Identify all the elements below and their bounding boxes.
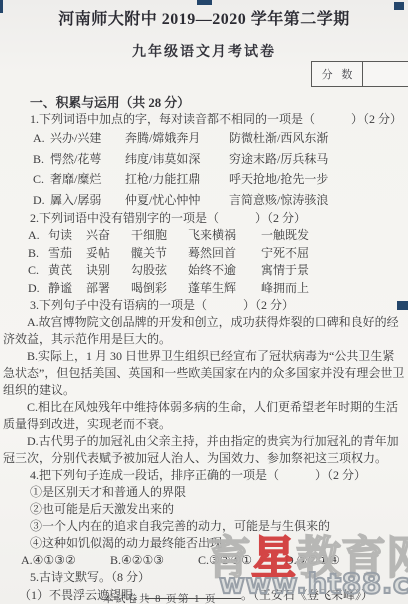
question-5-stem: 5.古诗文默写。（8 分） <box>3 569 406 586</box>
word-item: 干细胞 <box>131 227 188 245</box>
word-item: 勾股弦 <box>131 262 188 280</box>
q1-option-b: B. 愕然/花萼 纬度/讳莫如深 穷途末路/厉兵秣马 <box>3 149 406 170</box>
word-item: 兴奋 <box>86 227 131 245</box>
option-label: B. <box>33 149 50 170</box>
page-footer: 本试卷共 8 页第 1 页 <box>103 591 217 604</box>
word-pair: 纬度/讳莫如深 <box>125 149 229 170</box>
word-item: 句读 <box>48 227 86 245</box>
q2-option-d: D. 静谧 部署 喝倒彩 蓬荜生辉 峰拥而上 <box>3 280 406 298</box>
q4-sentence-4: ④这种如饥似渴的动力最终能否出现 <box>3 535 406 552</box>
option-label: D. <box>33 190 50 211</box>
exam-subtitle: 九年级语文月考试卷 <box>0 41 408 61</box>
q4-choices-row: A.④①③② B.④②①③ C.③②④① D.③②①④ <box>3 552 406 569</box>
exam-body: 一、积累与运用（共 28 分） 1.下列词语中加点的字，每对读音都不相同的一项是… <box>0 95 408 604</box>
word-pair: 奔腾/嫦娥奔月 <box>125 128 229 149</box>
option-label: A. <box>33 128 50 149</box>
q4-choice-d: D.③②①④ <box>285 552 406 569</box>
word-pair: 仲夏/忧心忡忡 <box>125 190 229 211</box>
q4-choice-c: C.③②④① <box>198 552 285 569</box>
score-box: 分 数 <box>311 61 408 87</box>
word-item: 飞来横祸 <box>188 227 261 245</box>
question-2-stem: 2.下列词语中没有错别字的一项是（ ）（2 分） <box>3 210 406 227</box>
question-1-stem: 1.下列词语中加点的字，每对读音都不相同的一项是（ ）（2 分） <box>3 111 406 128</box>
word-item: 部署 <box>86 280 131 298</box>
q1-option-d: D. 羼入/孱弱 仲夏/忧心忡忡 言简意赅/惊涛骇浪 <box>3 190 406 211</box>
word-item: 妥帖 <box>86 245 131 263</box>
q1-option-c: C. 奢靡/糜烂 扛枪/力能扛鼎 呼天抢地/抢先一步 <box>3 169 406 190</box>
word-item: 雪茄 <box>48 245 86 263</box>
option-label: B. <box>28 245 48 263</box>
word-item: 静谧 <box>48 280 86 298</box>
q2-option-a: A. 句读 兴奋 干细胞 飞来横祸 一触既发 <box>3 227 406 245</box>
word-pair: 穷途末路/厉兵秣马 <box>229 149 406 170</box>
scan-artifact-top-center <box>197 0 212 5</box>
q3-option-c: C.相比在风烛残年中维持体弱多病的生命，人们更希望老年时期的生活质量得到改进，实… <box>3 399 406 433</box>
q2-option-c: C. 黄芪 诀别 勾股弦 始终不逾 寓情于景 <box>3 262 406 280</box>
word-pair: 愕然/花萼 <box>50 149 125 170</box>
scan-artifact-top-left <box>0 0 3 13</box>
word-item: 宁死不屈 <box>261 245 406 263</box>
word-item: 髋关节 <box>131 245 188 263</box>
option-label: A. <box>28 227 48 245</box>
word-item: 峰拥而上 <box>261 280 406 298</box>
q4-choice-b: B.④②①③ <box>110 552 198 569</box>
q4-sentence-3: ③一个人内在的追求自我完善的动力，可能是与生俱来的 <box>3 518 406 535</box>
exam-paper-scan: 河南师大附中 2019—2020 学年第二学期 九年级语文月考试卷 分 数 一、… <box>0 0 408 604</box>
word-pair: 羼入/孱弱 <box>50 190 125 211</box>
section-1-heading: 一、积累与运用（共 28 分） <box>3 95 406 111</box>
q3-option-b: B.实际上，1 月 30 日世界卫生组织已经宣布了冠状病毒为“公共卫生紧急状态”… <box>3 348 406 399</box>
q4-sentence-2: ②也可能是后天激发出来的 <box>3 501 406 518</box>
word-item: 蓬荜生辉 <box>188 280 261 298</box>
q2-option-b: B. 雪茄 妥帖 髋关节 蓦然回首 宁死不屈 <box>3 245 406 263</box>
word-item: 喝倒彩 <box>131 280 188 298</box>
option-label: C. <box>33 169 50 190</box>
question-3-stem: 3.下列句子中没有语病的一项是（ ）（2 分） <box>3 297 406 314</box>
word-pair: 言简意赅/惊涛骇浪 <box>229 190 406 211</box>
question-4-stem: 4.把下列句子连成一段话，排序正确的一项是（ ）（2 分） <box>3 467 406 484</box>
word-pair: 呼天抢地/抢先一步 <box>229 169 406 190</box>
score-box-label: 分 数 <box>312 62 363 86</box>
word-item: 诀别 <box>86 262 131 280</box>
word-item: 始终不逾 <box>188 262 261 280</box>
q4-sentence-1: ①是区别天才和普通人的界限 <box>3 484 406 501</box>
word-item: 一触既发 <box>261 227 406 245</box>
q3-option-d: D.古代男子的加冠礼由父亲主持，并由指定的贵宾为行加冠礼的青年加冠三次，分别代表… <box>3 433 406 467</box>
q4-choice-a: A.④①③② <box>21 552 110 569</box>
word-item: 寓情于景 <box>261 262 406 280</box>
word-pair: 兴办/兴建 <box>50 128 125 149</box>
option-label: D. <box>28 280 48 298</box>
score-box-value-cell <box>363 62 408 86</box>
option-label: C. <box>28 262 48 280</box>
word-pair: 扛枪/力能扛鼎 <box>125 169 229 190</box>
word-pair: 奢靡/糜烂 <box>50 169 125 190</box>
q3-option-a: A.故宫博物院文创品牌的开发和创立，成功获得炸裂的口碑和良好的经济效益，其示范作… <box>3 314 406 348</box>
word-item: 黄芪 <box>48 262 86 280</box>
word-item: 蓦然回首 <box>188 245 261 263</box>
scan-artifact-top-right <box>394 2 404 10</box>
q5-item-1-source: 。（王安石《登飞来峰》） <box>241 588 373 602</box>
word-pair: 防微杜渐/西风东渐 <box>229 128 406 149</box>
q1-option-a: A. 兴办/兴建 奔腾/嫦娥奔月 防微杜渐/西风东渐 <box>3 128 406 149</box>
scan-artifact-right-middle <box>397 301 408 310</box>
